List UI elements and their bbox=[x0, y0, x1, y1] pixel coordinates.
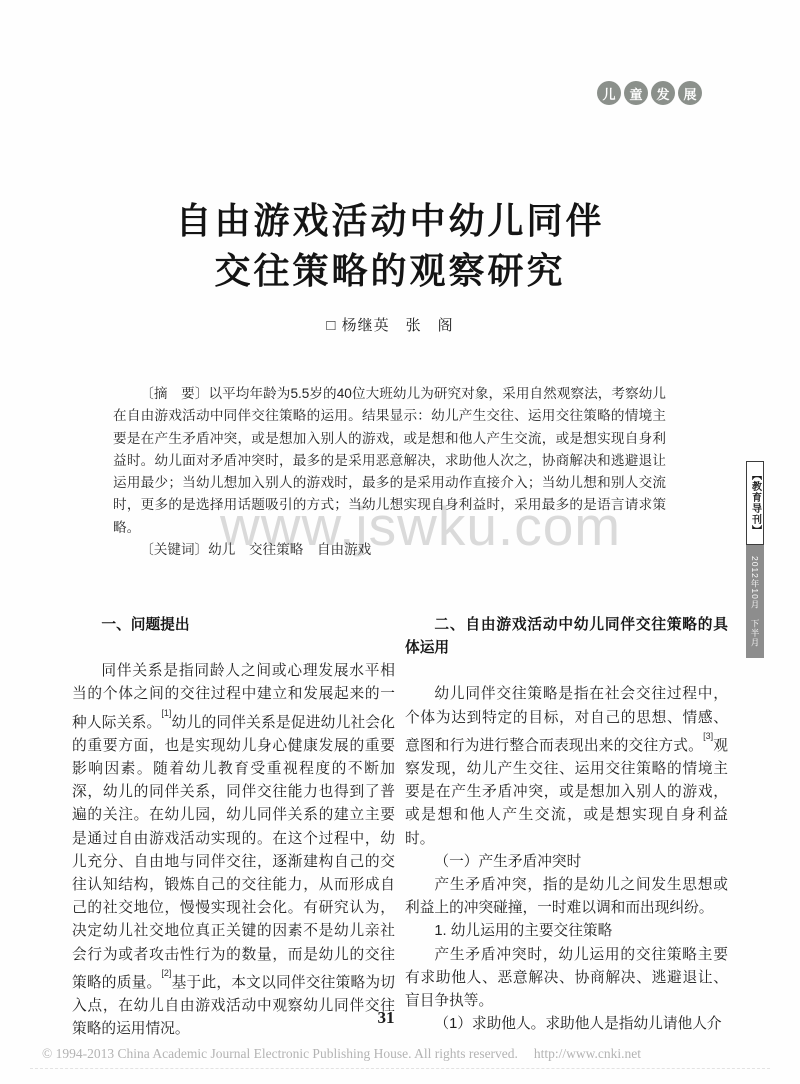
badge-circle-1: 儿 bbox=[597, 81, 621, 105]
category-badge: 儿 童 发 展 bbox=[597, 81, 702, 105]
reference-marker-2: [2] bbox=[161, 968, 171, 978]
right-column-paragraph-3: 产生矛盾冲突时，幼儿运用的交往策略主要有求助他人、恶意解决、协商解决、逃避退让、… bbox=[405, 944, 728, 1014]
reference-marker-3: [3] bbox=[703, 731, 713, 741]
subsection-heading-1: （一）产生矛盾冲突时 bbox=[405, 851, 728, 874]
journal-name-vertical-text: 【教育导刊】 bbox=[748, 470, 763, 536]
badge-char: 儿 bbox=[602, 84, 615, 103]
left-column: 一、问题提出 同伴关系是指同龄人之间或心理发展水平相当的个体之间的交往过程中建立… bbox=[72, 614, 395, 1041]
badge-circle-2: 童 bbox=[624, 81, 648, 105]
footer-copyright: © 1994-2013 China Academic Journal Elect… bbox=[42, 1046, 518, 1062]
badge-circle-4: 展 bbox=[678, 81, 702, 105]
page-number: 31 bbox=[0, 1008, 772, 1028]
right-column-paragraph-1: 幼儿同伴交往策略是指在社会交往过程中，个体为达到特定的目标，对自己的思想、情感、… bbox=[405, 683, 728, 850]
footer-url: http://www.cnki.net bbox=[534, 1046, 641, 1062]
right-column-paragraph-2: 产生矛盾冲突，指的是幼儿之间发生思想或利益上的冲突碰撞，一时难以调和而出现纠纷。 bbox=[405, 874, 728, 920]
journal-name-box: 【教育导刊】 bbox=[746, 461, 764, 545]
scanned-paper-page: 儿 童 发 展 自由游戏活动中幼儿同伴 交往策略的观察研究 □ 杨继英 张 阁 … bbox=[0, 0, 800, 1084]
article-title-line2: 交往策略的观察研究 bbox=[52, 246, 728, 296]
left-column-paragraph: 同伴关系是指同龄人之间或心理发展水平相当的个体之间的交往过程中建立和发展起来的一… bbox=[72, 660, 395, 1041]
keywords-line: 〔关键词〕幼儿 交往策略 自由游戏 bbox=[113, 539, 666, 561]
issue-date-vertical-text: 2012年10月 下半月 bbox=[749, 556, 761, 647]
keywords-label: 〔关键词〕 bbox=[140, 542, 208, 557]
badge-circle-3: 发 bbox=[651, 81, 675, 105]
paragraph-text: 幼儿同伴交往策略是指在社会交往过程中，个体为达到特定的目标，对自己的思想、情感、… bbox=[405, 686, 728, 753]
subsection-heading-2: 1. 幼儿运用的主要交往策略 bbox=[405, 920, 728, 943]
issue-date-box: 2012年10月 下半月 bbox=[746, 545, 764, 658]
paragraph-text: 幼儿的同伴关系是促进幼儿社会化的重要方面，也是实现幼儿身心健康发展的重要影响因素… bbox=[72, 715, 395, 991]
article-title-line1: 自由游戏活动中幼儿同伴 bbox=[52, 196, 728, 246]
badge-char: 发 bbox=[656, 84, 669, 103]
section-heading-2: 二、自由游戏活动中幼儿同伴交往策略的具体运用 bbox=[405, 614, 728, 660]
footer-divider bbox=[30, 1068, 770, 1069]
abstract-paragraph: 〔摘 要〕以平均年龄为5.5岁的40位大班幼儿为研究对象，采用自然观察法，考察幼… bbox=[113, 383, 666, 539]
authors-byline: □ 杨继英 张 阁 bbox=[52, 314, 728, 335]
abstract-block: 〔摘 要〕以平均年龄为5.5岁的40位大班幼儿为研究对象，采用自然观察法，考察幼… bbox=[113, 383, 666, 561]
abstract-label: 〔摘 要〕 bbox=[140, 386, 208, 401]
badge-char: 展 bbox=[683, 84, 696, 103]
abstract-text: 以平均年龄为5.5岁的40位大班幼儿为研究对象，采用自然观察法，考察幼儿在自由游… bbox=[113, 386, 666, 535]
footer: © 1994-2013 China Academic Journal Elect… bbox=[42, 1046, 758, 1062]
article-title: 自由游戏活动中幼儿同伴 交往策略的观察研究 bbox=[52, 196, 728, 296]
keywords-text: 幼儿 交往策略 自由游戏 bbox=[208, 542, 371, 557]
badge-char: 童 bbox=[629, 84, 642, 103]
section-heading-1: 一、问题提出 bbox=[72, 614, 395, 637]
right-column: 二、自由游戏活动中幼儿同伴交往策略的具体运用 幼儿同伴交往策略是指在社会交往过程… bbox=[405, 614, 728, 1041]
paragraph-text: 观察发现，幼儿产生交往、运用交往策略的情境主要是在产生矛盾冲突，或是想加入别人的… bbox=[405, 738, 728, 847]
reference-marker-1: [1] bbox=[161, 708, 171, 718]
article-body: 一、问题提出 同伴关系是指同龄人之间或心理发展水平相当的个体之间的交往过程中建立… bbox=[72, 614, 728, 1041]
